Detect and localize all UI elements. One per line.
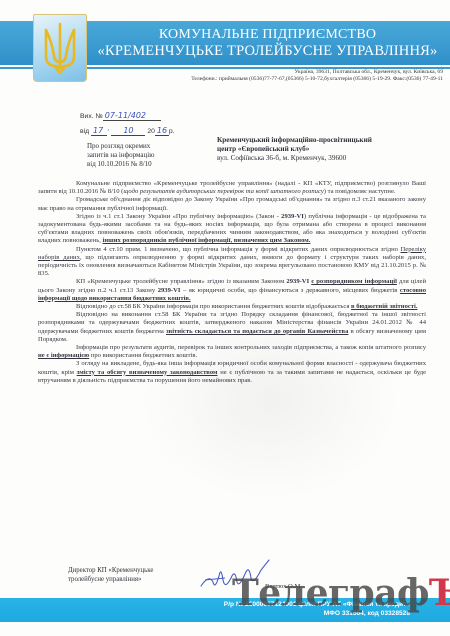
paragraph: Громадське об'єднання діє відповідно до … bbox=[38, 196, 426, 212]
date-month: 10 bbox=[111, 126, 145, 136]
org-contacts: Україна, 39631, Полтавська обл., Кременч… bbox=[191, 69, 443, 83]
emphasis: не є інформацією bbox=[38, 352, 89, 359]
paragraph: Згідно із ч.1 ст.1 Закону України «Про п… bbox=[38, 213, 426, 246]
watermark-text: Телеграф bbox=[232, 572, 429, 614]
recipient-block: Кременчуцький інформаційно-просвітницьки… bbox=[217, 136, 372, 163]
emphasis: звітність складається та подається до ор… bbox=[166, 328, 348, 335]
law-number: 2939-VI bbox=[281, 213, 304, 220]
paragraph: Відповідно на виконання ст.58 БК України… bbox=[38, 311, 426, 344]
outgoing-number-value: 07-11/402 bbox=[103, 111, 161, 121]
signer-title-line: тролейбусне управління» bbox=[68, 576, 153, 585]
date-prefix: від bbox=[80, 128, 89, 135]
date-day: 17 bbox=[91, 126, 107, 136]
trident-icon bbox=[40, 20, 80, 76]
org-phones: Телефони.: приймальня (0536)77-77-67,(05… bbox=[191, 76, 443, 83]
signer-title: Директор КП «Кременчуцьке тролейбусне уп… bbox=[68, 567, 153, 584]
law-number: 2939-VI bbox=[158, 287, 181, 294]
organization-name: КОМУНАЛЬНЕ ПІДПРИЄМСТВО «КРЕМЕНЧУЦЬКЕ ТР… bbox=[90, 26, 445, 60]
outgoing-number: Вих. №07-11/402 bbox=[80, 111, 161, 121]
letter-date: від 17· 10 2016р. bbox=[80, 126, 175, 136]
outgoing-label: Вих. № bbox=[80, 113, 103, 120]
trident-coat-of-arms-icon bbox=[33, 14, 87, 82]
italic-text: щодо результатів аудиторських перевірок … bbox=[123, 188, 323, 195]
paragraph: Відповідно до ст.58 БК України інформаці… bbox=[38, 303, 426, 311]
emphasis: є розпорядником інформації bbox=[311, 278, 397, 285]
law-number: 2939-VI bbox=[286, 278, 309, 285]
paragraph: Інформація про результати аудитів, перев… bbox=[38, 344, 426, 360]
telegraf-watermark-logo: ТелеграфЪ bbox=[232, 572, 450, 614]
signer-title-line: Директор КП «Кременчуцьке bbox=[68, 567, 153, 576]
paragraph: Пунктом 4 ст.10 прим. 1 визначено, що пу… bbox=[38, 246, 426, 279]
paragraph: Комунальне підприємство «Кременчуцьке тр… bbox=[38, 180, 426, 196]
watermark-hard-sign: Ъ bbox=[429, 572, 450, 614]
subject-line: від 10.10.2016 № 8/10 bbox=[87, 160, 154, 169]
org-name-line1: КОМУНАЛЬНЕ ПІДПРИЄМСТВО bbox=[90, 26, 445, 43]
letter-body: Комунальне підприємство «Кременчуцьке тр… bbox=[38, 180, 426, 385]
paragraph: КП «Кременчуцьке тролейбусне управління»… bbox=[38, 278, 426, 303]
letter-subject: Про розгляд окремих запитів на інформаці… bbox=[87, 142, 154, 169]
recipient-address: вул. Софіївська 36-б, м. Кременчук, 3960… bbox=[217, 154, 372, 163]
emphasis: змісту та обсягу визначеному законодавст… bbox=[77, 369, 218, 376]
subject-line: запитів на інформацію bbox=[87, 151, 154, 160]
emphasis: інших розпорядників публічної інформації… bbox=[103, 237, 311, 244]
org-name-line2: «КРЕМЕНЧУЦЬКЕ ТРОЛЕЙБУСНЕ УПРАВЛІННЯ» bbox=[90, 43, 445, 60]
recipient-name: Кременчуцький інформаційно-просвітницьки… bbox=[217, 136, 372, 144]
org-address: Україна, 39631, Полтавська обл., Кременч… bbox=[191, 69, 443, 76]
subject-line: Про розгляд окремих bbox=[87, 142, 154, 151]
recipient-name: центр «Європейський клуб» bbox=[217, 145, 309, 153]
date-suffix: р. bbox=[169, 128, 175, 135]
date-year-prefix: 20 bbox=[147, 128, 155, 135]
paragraph: З огляду на викладене, будь-яка інша інф… bbox=[38, 360, 426, 385]
date-year: 16 bbox=[155, 126, 169, 136]
emphasis: в бюджетній звітності. bbox=[351, 303, 417, 310]
